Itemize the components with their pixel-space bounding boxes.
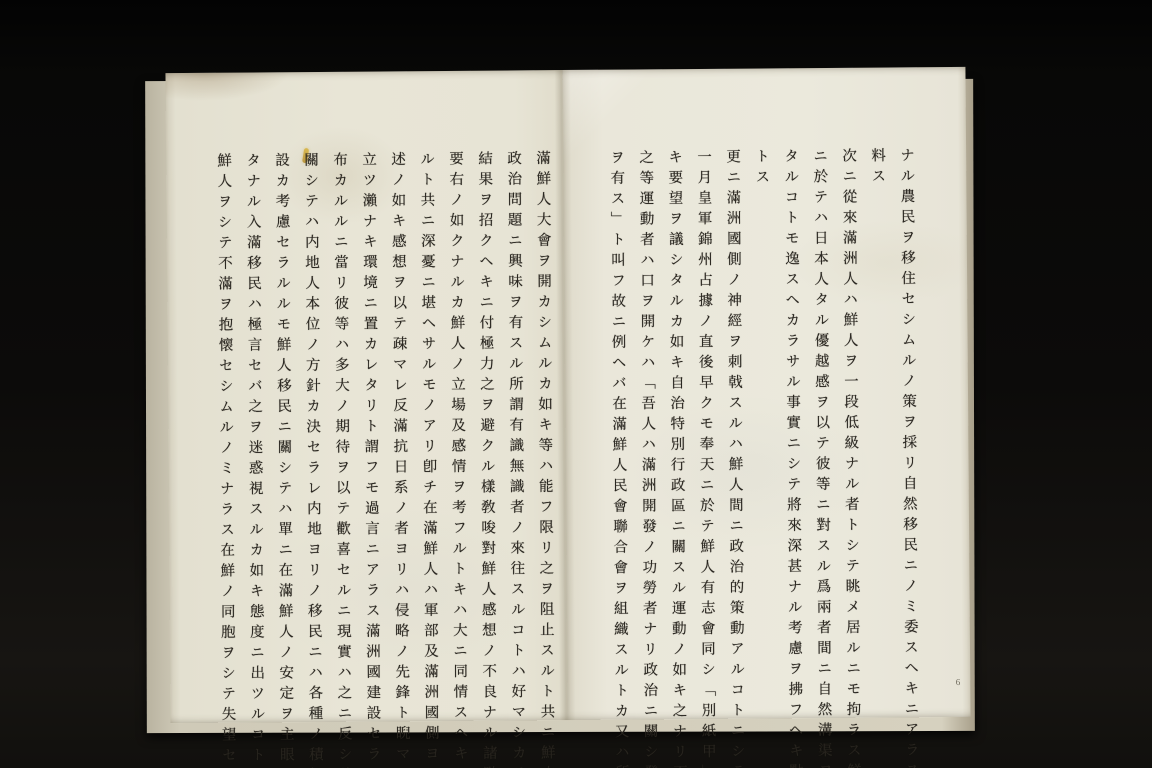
text-column: 布カルルニ當リ彼等ハ多大ノ期待ヲ以テ歡喜セルニ現實ハ之ニ反シ移民ニ	[324, 152, 358, 730]
document-photo: 滿鮮人大會ヲ開カシムルカ如キ等ハ能フ限リ之ヲ阻止スルト共ニ鮮内ヨリ 政治問題ニ興…	[0, 0, 1152, 768]
page-right: ナル農民ヲ移住セシムルノ策ヲ採リ自然移民ニノミ委スヘキニアラスト思 料ス 次ニ從…	[562, 67, 970, 720]
text-column: 鮮人ヲシテ不滿ヲ抱懐セシムルノミナラス在鮮ノ同胞ヲシテ失望セシムル	[208, 153, 242, 731]
text-column: 結果ヲ招クヘキニ付極力之ヲ避クル樣敎唆對鮮人感想ノ不良ナル諸點ハ大	[469, 151, 503, 729]
text-column: 要右ノ如クナルカ鮮人ノ立場及感情ヲ考フルトキハ大ニ同情スヘキモノア	[440, 151, 474, 729]
text-column: 關シテハ内地人本位ノ方針カ決セラレ内地ヨリノ移民ニハ各種ノ積極的施	[295, 152, 329, 730]
text-column: 之等運動者ハ口ヲ開ケハ「吾人ハ滿洲開發ノ功勞者ナリ政治ニ關シ發言權	[630, 149, 664, 727]
page-number: 6	[956, 677, 961, 687]
text-column: キ要望ヲ議シタルカ如キ自治特別行政區ニ關スル運動ノ如キ之ナリ而シテ	[659, 149, 693, 727]
text-column: 更ニ滿洲國側ノ神經ヲ刺戟スルハ鮮人間ニ政治的策動アルコトニシテ客年	[717, 149, 751, 727]
text-column: ヲ有ス」ト叫フ故ニ例ヘバ在滿鮮人民會聯合會ヲ組織スルトカ又ハ所謂在	[601, 150, 635, 728]
page-left-text: 滿鮮人大會ヲ開カシムルカ如キ等ハ能フ限リ之ヲ阻止スルト共ニ鮮内ヨリ 政治問題ニ興…	[208, 150, 561, 731]
text-column: タルコトモ逸スヘカラサル事實ニシテ將來深甚ナル考慮ヲ拂フヘキ點ナリ	[775, 148, 809, 726]
text-column: 次ニ從來滿洲人ハ鮮人ヲ一段低級ナル者トシテ眺メ居ルニモ拘ラス鮮人側	[833, 148, 867, 726]
text-column: 政治問題ニ興味ヲ有スル所謂有識無識者ノ來往スルコトハ好マシカラサル	[498, 150, 532, 728]
text-column: ナル農民ヲ移住セシムルノ策ヲ採リ自然移民ニノミ委スヘキニアラスト思	[891, 147, 925, 725]
text-column: 述ノ如キ感想ヲ以テ疎マレ反滿抗日系ノ者ヨリハ侵略ノ先鋒ト睨マレ洵ニ	[382, 151, 416, 729]
text-column: 料ス	[862, 147, 896, 725]
fore-edge-pages	[971, 83, 980, 728]
page-right-text: ナル農民ヲ移住セシムルノ策ヲ採リ自然移民ニノミ委スヘキニアラスト思 料ス 次ニ從…	[601, 147, 925, 727]
text-column: ニ於テハ日本人タル優越感ヲ以テ彼等ニ對スル爲兩者間ニ自然溝渠ヲ生シ	[804, 148, 838, 726]
text-column: ルト共ニ深憂ニ堪ヘサルモノアリ卽チ在滿鮮人ハ軍部及滿洲國側ヨリハ前	[411, 151, 445, 729]
text-column: 立ツ瀨ナキ環境ニ置カレタリト謂フモ過言ニアラス滿洲國建設セラレ新政	[353, 151, 387, 729]
text-column: タナル入滿移民ハ極言セバ之ヲ迷惑視スルカ如キ態度ニ出ツルコトハ在滿	[237, 152, 271, 730]
text-column: トス	[746, 148, 780, 726]
page-left: 滿鮮人大會ヲ開カシムルカ如キ等ハ能フ限リ之ヲ阻止スルト共ニ鮮内ヨリ 政治問題ニ興…	[165, 70, 567, 723]
page-spread: 滿鮮人大會ヲ開カシムルカ如キ等ハ能フ限リ之ヲ阻止スルト共ニ鮮内ヨリ 政治問題ニ興…	[165, 67, 970, 723]
text-column: 設カ考慮セラルルモ鮮人移民ニ關シテハ單ニ在滿鮮人ノ安定ヲ主眼トシ新	[266, 152, 300, 730]
text-column: 一月皇軍錦州占據ノ直後早クモ奉天ニ於テ鮮人有志會同シ「別紙甲」ノ如	[688, 149, 722, 727]
